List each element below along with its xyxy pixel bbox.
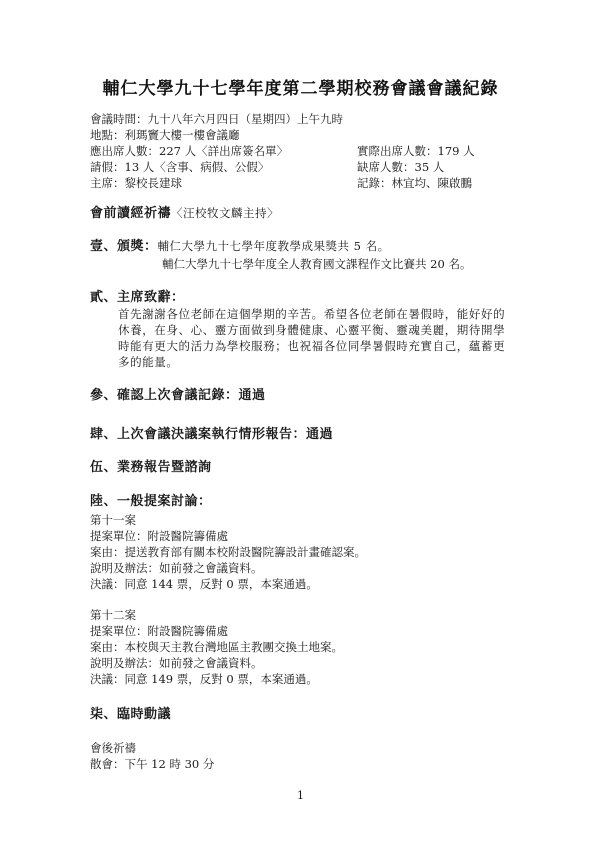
prayer-heading-text: 會前讀經祈禱 (90, 206, 171, 221)
case-11-reason: 案由：提送教育部有關本校附設醫院籌設計畫確認案。 (90, 544, 366, 560)
document-title: 輔仁大學九十七學年度第二學期校務會議會議紀錄 (0, 74, 601, 99)
section-3-heading: 參、確認上次會議記錄：通過 (90, 388, 266, 404)
section-1-heading-text: 壹、頒獎： (90, 239, 158, 254)
speech-line: 時能有更大的活力為學校服務；也祝福各位同學暑假時充實自己，蘊蓄更 (118, 338, 518, 354)
speech-line: 首先謝謝各位老師在這個學期的辛苦。希望各位老師在暑假時，能好好的 (118, 306, 518, 322)
document-page: 輔仁大學九十七學年度第二學期校務會議會議紀錄 會議時間：九十八年六月四日（星期四… (0, 0, 601, 850)
actual-attendance: 實際出席人數：179 人 (357, 143, 475, 159)
prayer-heading: 會前讀經祈禱〈汪校牧文麟主持〉 (90, 205, 279, 222)
case-11-explanation: 說明及辦法：如前發之會議資料。 (90, 560, 263, 576)
speech-line: 多的能量。 (118, 354, 518, 370)
meeting-time: 會議時間：九十八年六月四日（星期四）上午九時 (90, 112, 343, 126)
adjourn-time: 散會：下午 12 時 30 分 (90, 756, 214, 772)
leave-count: 請假：13 人〈含事、病假、公假〉 (90, 160, 269, 174)
closing-prayer: 會後祈禱 (90, 740, 136, 756)
section-4-heading: 肆、上次會議決議案執行情形報告：通過 (90, 427, 333, 443)
section-7-heading: 柒、臨時動議 (90, 707, 171, 723)
expected-attendance: 應出席人數：227 人〈詳出席簽名單〉 (90, 144, 288, 158)
meeting-location: 地點：利瑪竇大樓一樓會議廳 (90, 128, 240, 142)
award-line-2: 輔仁大學九十七學年度全人教育國文課程作文比賽共 20 名。 (162, 256, 471, 272)
speech-line: 休養，在身、心、靈方面做到身體健康、心靈平衡、靈魂美麗，期待開學 (118, 322, 518, 338)
case-11-resolution: 決議：同意 144 票，反對 0 票，本案通過。 (90, 576, 318, 592)
case-12-reason: 案由：本校與天主教台灣地區主教團交換土地案。 (90, 639, 343, 655)
case-11-title: 第十一案 (90, 512, 136, 528)
absent-count: 缺席人數：35 人 (357, 159, 444, 175)
case-11-unit: 提案單位：附設醫院籌備處 (90, 528, 228, 544)
meeting-chair: 主席：黎校長建球 (90, 176, 182, 190)
meeting-recorder: 記錄：林宜均、陳啟鵬 (357, 175, 472, 191)
case-12-title: 第十二案 (90, 607, 136, 623)
section-2-heading: 貳、主席致辭： (90, 290, 185, 306)
section-6-heading: 陸、一般提案討論： (90, 494, 212, 510)
section-1-heading: 壹、頒獎：輔仁大學九十七學年度教學成果獎共 5 名。 (90, 238, 390, 255)
chair-speech: 首先謝謝各位老師在這個學期的辛苦。希望各位老師在暑假時，能好好的 休養，在身、心… (118, 306, 518, 370)
section-5-heading: 伍、業務報告暨諮詢 (90, 460, 212, 476)
meeting-info: 會議時間：九十八年六月四日（星期四）上午九時 地點：利瑪竇大樓一樓會議廳 應出席… (90, 111, 530, 191)
case-12-resolution: 決議：同意 149 票，反對 0 票，本案通過。 (90, 671, 318, 687)
award-line-1: 輔仁大學九十七學年度教學成果獎共 5 名。 (158, 239, 390, 253)
case-12-unit: 提案單位：附設醫院籌備處 (90, 623, 228, 639)
case-12-explanation: 說明及辦法：如前發之會議資料。 (90, 655, 263, 671)
page-number: 1 (0, 789, 601, 802)
prayer-host-note: 〈汪校牧文麟主持〉 (171, 206, 279, 220)
